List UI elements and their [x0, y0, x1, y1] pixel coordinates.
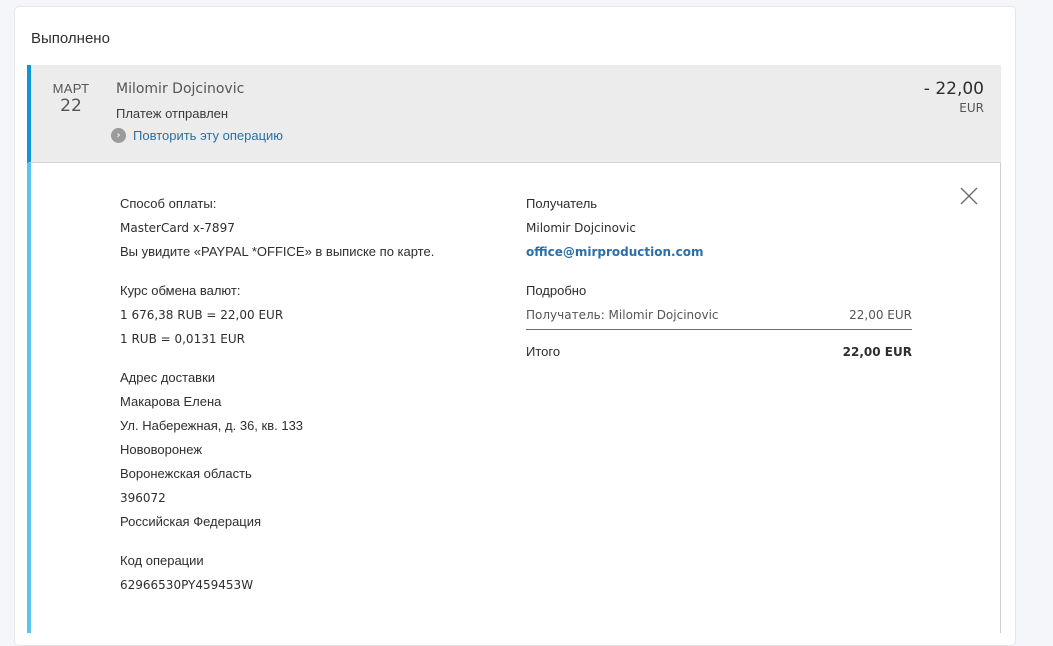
total-row: Итого 22,00 EUR	[526, 340, 912, 364]
shipping-city: Нововоронеж	[120, 438, 500, 462]
chevron-right-circle-icon: ›	[111, 128, 126, 143]
shipping-street: Ул. Набережная, д. 36, кв. 133	[120, 414, 500, 438]
transaction-id-section: Код операции 62966530PY459453W	[120, 549, 500, 597]
payment-card: MasterCard x-7897	[120, 216, 500, 240]
breakdown-item-label: Получатель: Milomir Dojcinovic	[526, 303, 719, 327]
payment-method-label: Способ оплаты:	[120, 192, 500, 216]
transaction-row[interactable]: МАРТ 22 Milomir Dojcinovic Платеж отправ…	[27, 65, 1001, 163]
details-left-column: Способ оплаты: MasterCard x-7897 Вы увид…	[120, 192, 500, 612]
breakdown-item: Получатель: Milomir Dojcinovic 22,00 EUR	[526, 303, 912, 327]
transaction-status: Платеж отправлен	[116, 106, 228, 121]
section-title: Выполнено	[31, 30, 110, 47]
breakdown-item-amount: 22,00 EUR	[849, 303, 912, 327]
transaction-amount: - 22,00 EUR	[924, 78, 984, 116]
breakdown-divider	[526, 329, 912, 330]
transaction-counterparty: Milomir Dojcinovic	[116, 81, 244, 97]
total-amount: 22,00 EUR	[843, 340, 912, 364]
transaction-id-value: 62966530PY459453W	[120, 573, 500, 597]
shipping-country: Российская Федерация	[120, 510, 500, 534]
breakdown-label: Подробно	[526, 279, 912, 303]
repeat-operation-link[interactable]: › Повторить эту операцию	[111, 128, 283, 143]
shipping-address-label: Адрес доставки	[120, 366, 500, 390]
shipping-postal-code: 396072	[120, 486, 500, 510]
recipient-name: Milomir Dojcinovic	[526, 216, 912, 240]
recipient-label: Получатель	[526, 192, 912, 216]
date-month: МАРТ	[49, 82, 93, 96]
amount-value: - 22,00	[924, 78, 984, 100]
date-day: 22	[49, 96, 93, 116]
transaction-details-panel: Способ оплаты: MasterCard x-7897 Вы увид…	[27, 163, 1001, 619]
shipping-address-section: Адрес доставки Макарова Елена Ул. Набере…	[120, 366, 500, 534]
payment-method-section: Способ оплаты: MasterCard x-7897 Вы увид…	[120, 192, 500, 264]
activity-card: Выполнено МАРТ 22 Milomir Dojcinovic Пла…	[14, 6, 1016, 619]
shipping-name: Макарова Елена	[120, 390, 500, 414]
breakdown-section: Подробно Получатель: Milomir Dojcinovic …	[526, 279, 912, 364]
details-right-column: Получатель Milomir Dojcinovic office@mir…	[526, 192, 912, 364]
shipping-region: Воронежская область	[120, 462, 500, 486]
statement-note: Вы увидите «PAYPAL *OFFICE» в выписке по…	[120, 240, 500, 264]
total-label: Итого	[526, 340, 560, 364]
amount-currency: EUR	[924, 100, 984, 116]
exchange-rate-unit: 1 RUB = 0,0131 EUR	[120, 327, 500, 351]
exchange-rate-section: Курс обмена валют: 1 676,38 RUB = 22,00 …	[120, 279, 500, 351]
repeat-operation-label[interactable]: Повторить эту операцию	[133, 128, 283, 143]
transaction-id-label: Код операции	[120, 549, 500, 573]
exchange-rate-label: Курс обмена валют:	[120, 279, 500, 303]
close-icon	[958, 185, 980, 207]
transaction-date: МАРТ 22	[49, 82, 93, 116]
recipient-email-link[interactable]: office@mirproduction.com	[526, 240, 912, 264]
close-details-button[interactable]	[958, 185, 980, 207]
exchange-rate-total: 1 676,38 RUB = 22,00 EUR	[120, 303, 500, 327]
recipient-section: Получатель Milomir Dojcinovic office@mir…	[526, 192, 912, 264]
